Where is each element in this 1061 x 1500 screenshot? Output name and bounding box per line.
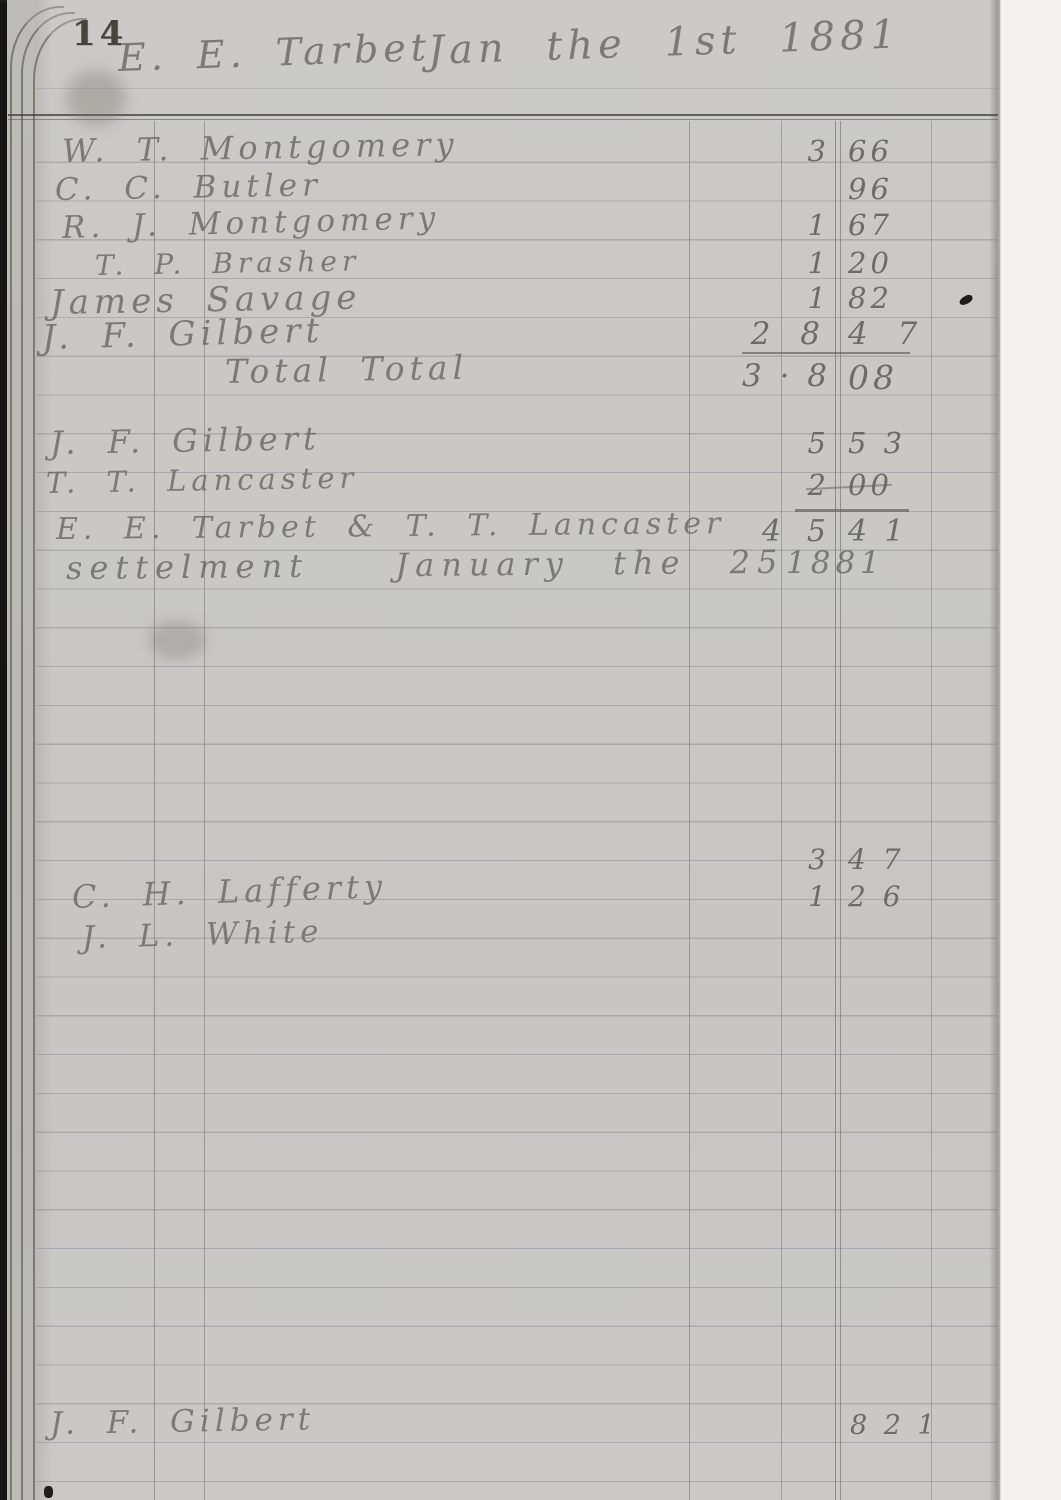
cents-column-rule xyxy=(931,121,932,1500)
header-double-rule-bottom xyxy=(8,119,998,120)
ledger-row-name: T. P. Brasher xyxy=(95,244,361,282)
amount-cents: 4 1 xyxy=(848,514,908,549)
header-double-rule-top xyxy=(8,114,998,116)
amount-dollars: 3 xyxy=(742,843,830,876)
amount-column-rule-1 xyxy=(689,121,690,1500)
amount-cents: 5 3 xyxy=(848,426,906,460)
amount-dollars: 3 xyxy=(742,134,830,168)
total-cents: 08 xyxy=(848,358,898,397)
amount-cents: 8 2 1 xyxy=(850,1410,939,1441)
ledger-total-label: Total Total xyxy=(225,348,469,391)
sum-line xyxy=(742,352,910,354)
ledger-row-name: T. T. Lancaster xyxy=(46,461,359,500)
amount-dollars: 1 xyxy=(742,880,830,913)
ledger-row-name: C. C. Butler xyxy=(55,167,323,208)
ledger-row-name: J. L. White xyxy=(82,914,324,956)
amount-cents: 4 7 xyxy=(848,316,927,352)
amount-cents: 67 xyxy=(848,208,893,242)
total-dollars: 3 · 8 xyxy=(742,358,830,394)
amount-dollars: 1 xyxy=(742,281,830,315)
amount-cents: 20 xyxy=(848,246,893,280)
amount-cents: 66 xyxy=(848,134,893,168)
ledger-page-scan: 14 E. E. Tarbet Jan the 1st 1881 W. T. M… xyxy=(0,0,1061,1500)
dollars-cents-double-rule-a xyxy=(835,121,836,1500)
ledger-row-name: J. F. Gilbert xyxy=(50,419,321,462)
amount-cents: 96 xyxy=(848,172,893,206)
ledger-row-name: W. T. Montgomery xyxy=(62,125,459,170)
amount-dollars: 1 xyxy=(742,246,830,280)
amount-dollars: 1 xyxy=(742,208,830,242)
ledger-row-name: E. E. Tarbet & T. T. Lancaster xyxy=(56,506,726,547)
ink-speck xyxy=(44,1486,53,1498)
settlement-note: settelment January the 25 xyxy=(66,543,785,587)
dollars-cents-double-rule-b xyxy=(840,121,841,1500)
sum-line xyxy=(795,509,909,512)
amount-dollars: 5 xyxy=(742,426,830,460)
amount-cents: 2 6 xyxy=(848,880,905,913)
book-spine-edge xyxy=(0,0,7,1500)
ledger-row-name: J. F. Gilbert xyxy=(50,1401,316,1442)
header-faint-rule xyxy=(36,88,998,89)
settlement-year: 1881 xyxy=(786,545,885,581)
amount-cents: 4 7 xyxy=(848,843,905,876)
amount-cents: 82 xyxy=(848,281,893,315)
amount-dollars: 2 xyxy=(742,468,830,502)
amount-dollars: 2 8 xyxy=(742,316,830,352)
